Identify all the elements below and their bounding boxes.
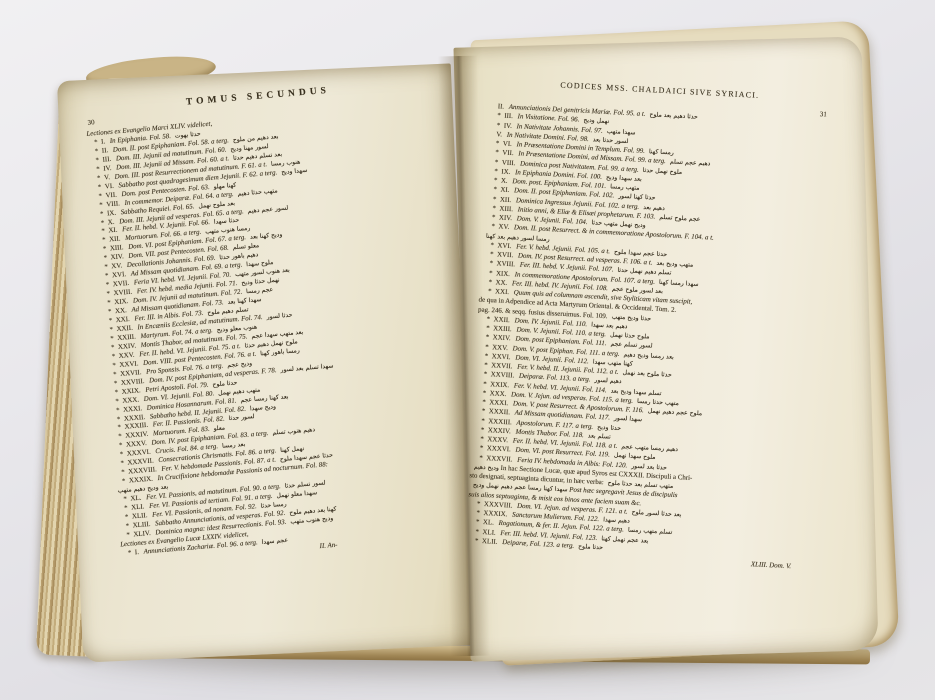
entry-numeral: XX. [495, 279, 509, 287]
entry-numeral: XXIX. [121, 387, 142, 396]
entry-syriac-text: لسور حدثا [228, 414, 254, 423]
entry-numeral: XLII. [482, 538, 500, 546]
right-running-title: CODICES MSS. CHALDAICI SIVE SYRIACI. [490, 77, 830, 104]
entry-numeral: XXVIII. [491, 371, 517, 379]
continuation-syriac-text: وديح دهيم [474, 463, 499, 471]
entry-numeral: XXX. [490, 390, 509, 398]
entry-numeral: XXXIII. [488, 418, 514, 426]
entry-syriac-text: حدثا ملوح [578, 543, 603, 551]
entry-numeral: XXVII. [120, 369, 143, 378]
entry-numeral: XV. [111, 263, 124, 271]
entry-syriac-text: ملوح عجم دهيم نهمل [648, 408, 703, 418]
entry-numeral: XXI. [495, 288, 511, 296]
entry-numeral: XI. [500, 187, 511, 195]
entry-numeral: XXXVIII. [128, 466, 159, 475]
entry-syriac-text: رمسا كهنا [649, 148, 674, 156]
entry-syriac-text: ملوح نهمل حدثا [643, 166, 683, 175]
entry-syriac-text: نهمل كهنا [280, 445, 304, 454]
entry-syriac-text: عجم ملوح تسلم [659, 214, 700, 223]
entry-numeral: XIV. [499, 214, 514, 222]
entry-syriac-text: متهب رمسا [610, 183, 640, 192]
entry-numeral: XXV. [118, 351, 136, 359]
entry-numeral: XIV. [110, 253, 125, 261]
entry-numeral: XLI. [131, 503, 146, 511]
entry-numeral: XVIII. [113, 289, 134, 298]
entry-syriac-text: معلو تسلم [232, 242, 259, 251]
entry-numeral: V. [104, 174, 112, 182]
entry-numeral: II. [498, 103, 506, 110]
left-page-text: 30 TOMUS SECUNDUS Lectiones ex Evangelio… [82, 77, 471, 568]
entry-syriac-text: حدثا لسور [266, 312, 292, 321]
entry-syriac-text: ملوح سهدا [246, 259, 274, 268]
entry-numeral: XXXV. [126, 440, 149, 449]
entry-syriac-text: بعد حدثا لسور ملوح [631, 509, 681, 519]
entry-numeral: IV. [103, 165, 113, 173]
right-catalog-lines: II. Annunciationis Dei genitricis Mariæ.… [465, 102, 828, 572]
entry-numeral: XLIII. [132, 521, 152, 530]
entry-syriac-text: سهدا وديح [281, 167, 308, 176]
entry-syriac-text: دهيم سهدا [603, 516, 630, 524]
entry-numeral: II. [102, 147, 111, 155]
entry-numeral: XXXVII. [127, 458, 155, 467]
entry-numeral: III. [102, 156, 113, 164]
entry-numeral: XLI. [482, 529, 497, 537]
entry-syriac-text: دهيم لسور [594, 377, 621, 385]
entry-numeral: VI. [105, 182, 116, 190]
entry-numeral: XXIII. [493, 325, 514, 333]
continuation-syriac-tail: حدثا وديح متهب [611, 313, 651, 322]
entry-numeral: X. [501, 177, 510, 184]
entry-syriac-text: دهيم هنوب تسلم [272, 426, 315, 436]
entry-syriac-text: كهنا مهلو [213, 181, 236, 190]
entry-syriac-text: حدثا سهدا [214, 217, 240, 226]
entry-numeral: VIII. [502, 159, 518, 167]
entry-numeral: XXX. [122, 396, 141, 404]
entry-numeral: XVI. [112, 271, 128, 279]
left-page: 30 TOMUS SECUNDUS Lectiones ex Evangelio… [57, 63, 477, 662]
entry-numeral: XXIV. [492, 335, 512, 343]
entry-numeral: XII. [109, 236, 123, 244]
entry-numeral: XV. [498, 224, 511, 232]
entry-numeral: XXXII. [124, 413, 147, 422]
entry-syriac-text: حدثا دهيم بعد ملوح [649, 111, 698, 121]
entry-syriac-text: معلو [213, 425, 225, 433]
entry-numeral: XLII. [132, 512, 150, 520]
entry-numeral: XXIX. [490, 381, 511, 389]
entry-numeral: X. [107, 218, 116, 226]
entry-numeral: XXII. [493, 316, 511, 324]
entry-numeral: IX. [107, 209, 118, 217]
entry-syriac-text: حدثا ملوح [212, 379, 237, 388]
entry-numeral: XXXI. [123, 405, 144, 414]
entry-numeral: VI. [503, 141, 514, 149]
entry-syriac-text: هنوب رمسا [271, 158, 301, 167]
entry-numeral: XIX. [496, 270, 512, 278]
entry-syriac-text: تسلم متهب رمسا [628, 527, 673, 536]
entry-syriac-text: سهدا رمسا كهنا [659, 278, 699, 287]
entry-numeral: XI. [108, 227, 119, 235]
entry-numeral: XVI. [497, 242, 513, 250]
entry-numeral: I. [101, 138, 107, 145]
entry-numeral: XXXVIII. [484, 501, 515, 510]
entry-numeral: XXVIII. [121, 377, 147, 386]
entry-numeral: XXXIX. [483, 510, 509, 518]
entry-numeral: V. [496, 131, 504, 138]
entry-syriac-text: حدثا بعد لسور [631, 462, 667, 471]
entry-syriac-text: حدثا وديح [597, 423, 621, 431]
entry-syriac-text: عجم سهدا [261, 537, 288, 546]
entry-numeral: VII. [105, 191, 119, 199]
entry-syriac-text: رمسا حدثا [260, 501, 286, 510]
entry-syriac-text: سهدا متهب [607, 127, 636, 135]
entry-numeral: IX. [501, 168, 512, 176]
right-page-text: CODICES MSS. CHALDAICI SIVE SYRIACI. 31 … [465, 77, 830, 572]
entry-syriac-text: نهمل وديح [583, 117, 609, 125]
entry-numeral: XXXI. [489, 399, 510, 407]
entry-syriac-text: وديح سهدا [250, 403, 277, 412]
entry-syriac-text: ملوح سهدا نهمل [614, 452, 656, 461]
entry-syriac-text: دهيم عجم تسلم [670, 159, 711, 168]
entry-numeral: XXXIX. [129, 476, 155, 485]
entry-numeral: XXVI. [119, 360, 140, 369]
entry-numeral: XIX. [114, 298, 130, 306]
entry-numeral: VIII. [106, 200, 122, 208]
entry-numeral: XXII. [116, 325, 135, 333]
entry-numeral: III. [504, 113, 515, 121]
right-page: CODICES MSS. CHALDAICI SIVE SYRIACI. 31 … [454, 36, 879, 661]
entry-numeral: IV. [504, 122, 514, 130]
left-catalog-lines: Lectiones ex Evangelio Marci XLIV. videl… [84, 102, 471, 568]
entry-numeral: XXV. [492, 344, 510, 352]
entry-syriac-text: سهدا لسور [614, 415, 642, 423]
entry-syriac-text: وديح عجم [227, 360, 252, 369]
entry-syriac-text: نهمل حدثا وديح [241, 277, 280, 287]
entry-syriac-text: عجم رمسا [246, 286, 274, 295]
entry-numeral: XXXVII. [486, 455, 514, 463]
entry-numeral: XIII. [110, 244, 126, 252]
entry-numeral: XXXV. [487, 436, 510, 444]
entry-syriac-text: دهيم بعد [643, 203, 665, 211]
entry-numeral: XXI. [116, 316, 132, 324]
right-page-number: 31 [820, 110, 827, 118]
entry-syriac-text: حدثا ملوح بعد نهمل [622, 369, 671, 379]
entry-syriac-text: بعد رمسا [222, 441, 246, 450]
entry-syriac-text: وديح كهنا بعد [250, 232, 283, 242]
entry-numeral: XVII. [497, 251, 515, 259]
entry-syriac-text: حدثا بهوت [175, 130, 201, 139]
entry-numeral: I. [135, 549, 141, 556]
entry-numeral: XX. [115, 307, 129, 315]
entry-syriac-text: سهدا كهنا بعد [227, 296, 261, 306]
entry-numeral: XXXIII. [124, 422, 150, 431]
entry-numeral: XXIV. [118, 342, 138, 351]
entry-numeral: XXXVI. [487, 445, 513, 453]
entry-syriac-text: حدثا كهنا لسور [618, 193, 656, 202]
entry-numeral: XXVI. [492, 353, 513, 361]
entry-numeral: XVII. [113, 280, 132, 288]
entry-syriac-text: بعد عجم نهمل كهنا [601, 535, 649, 544]
entry-numeral: XXXIV. [125, 431, 150, 440]
entry-numeral: XVIII. [496, 261, 517, 269]
entry-syriac-text: تسلم بعد [588, 432, 611, 440]
entry-numeral: XXXIV. [488, 427, 513, 435]
book-photo: 30 TOMUS SECUNDUS Lectiones ex Evangelio… [0, 0, 935, 700]
entry-syriac-text: لسور تسلم عجم [610, 341, 652, 350]
entry-numeral: XXXVI. [127, 449, 153, 458]
entry-numeral: XL. [483, 519, 496, 527]
entry-numeral: XL. [130, 495, 143, 503]
entry-numeral: XII. [500, 196, 513, 204]
entry-numeral: XIII. [499, 205, 515, 213]
left-page-number: 30 [87, 118, 95, 127]
entry-numeral: XXXII. [489, 408, 512, 416]
entry-numeral: XXVII. [491, 362, 514, 370]
entry-numeral: XXIII. [117, 333, 138, 342]
entry-numeral: XLIV. [133, 530, 153, 539]
entry-numeral: VII. [502, 150, 515, 158]
